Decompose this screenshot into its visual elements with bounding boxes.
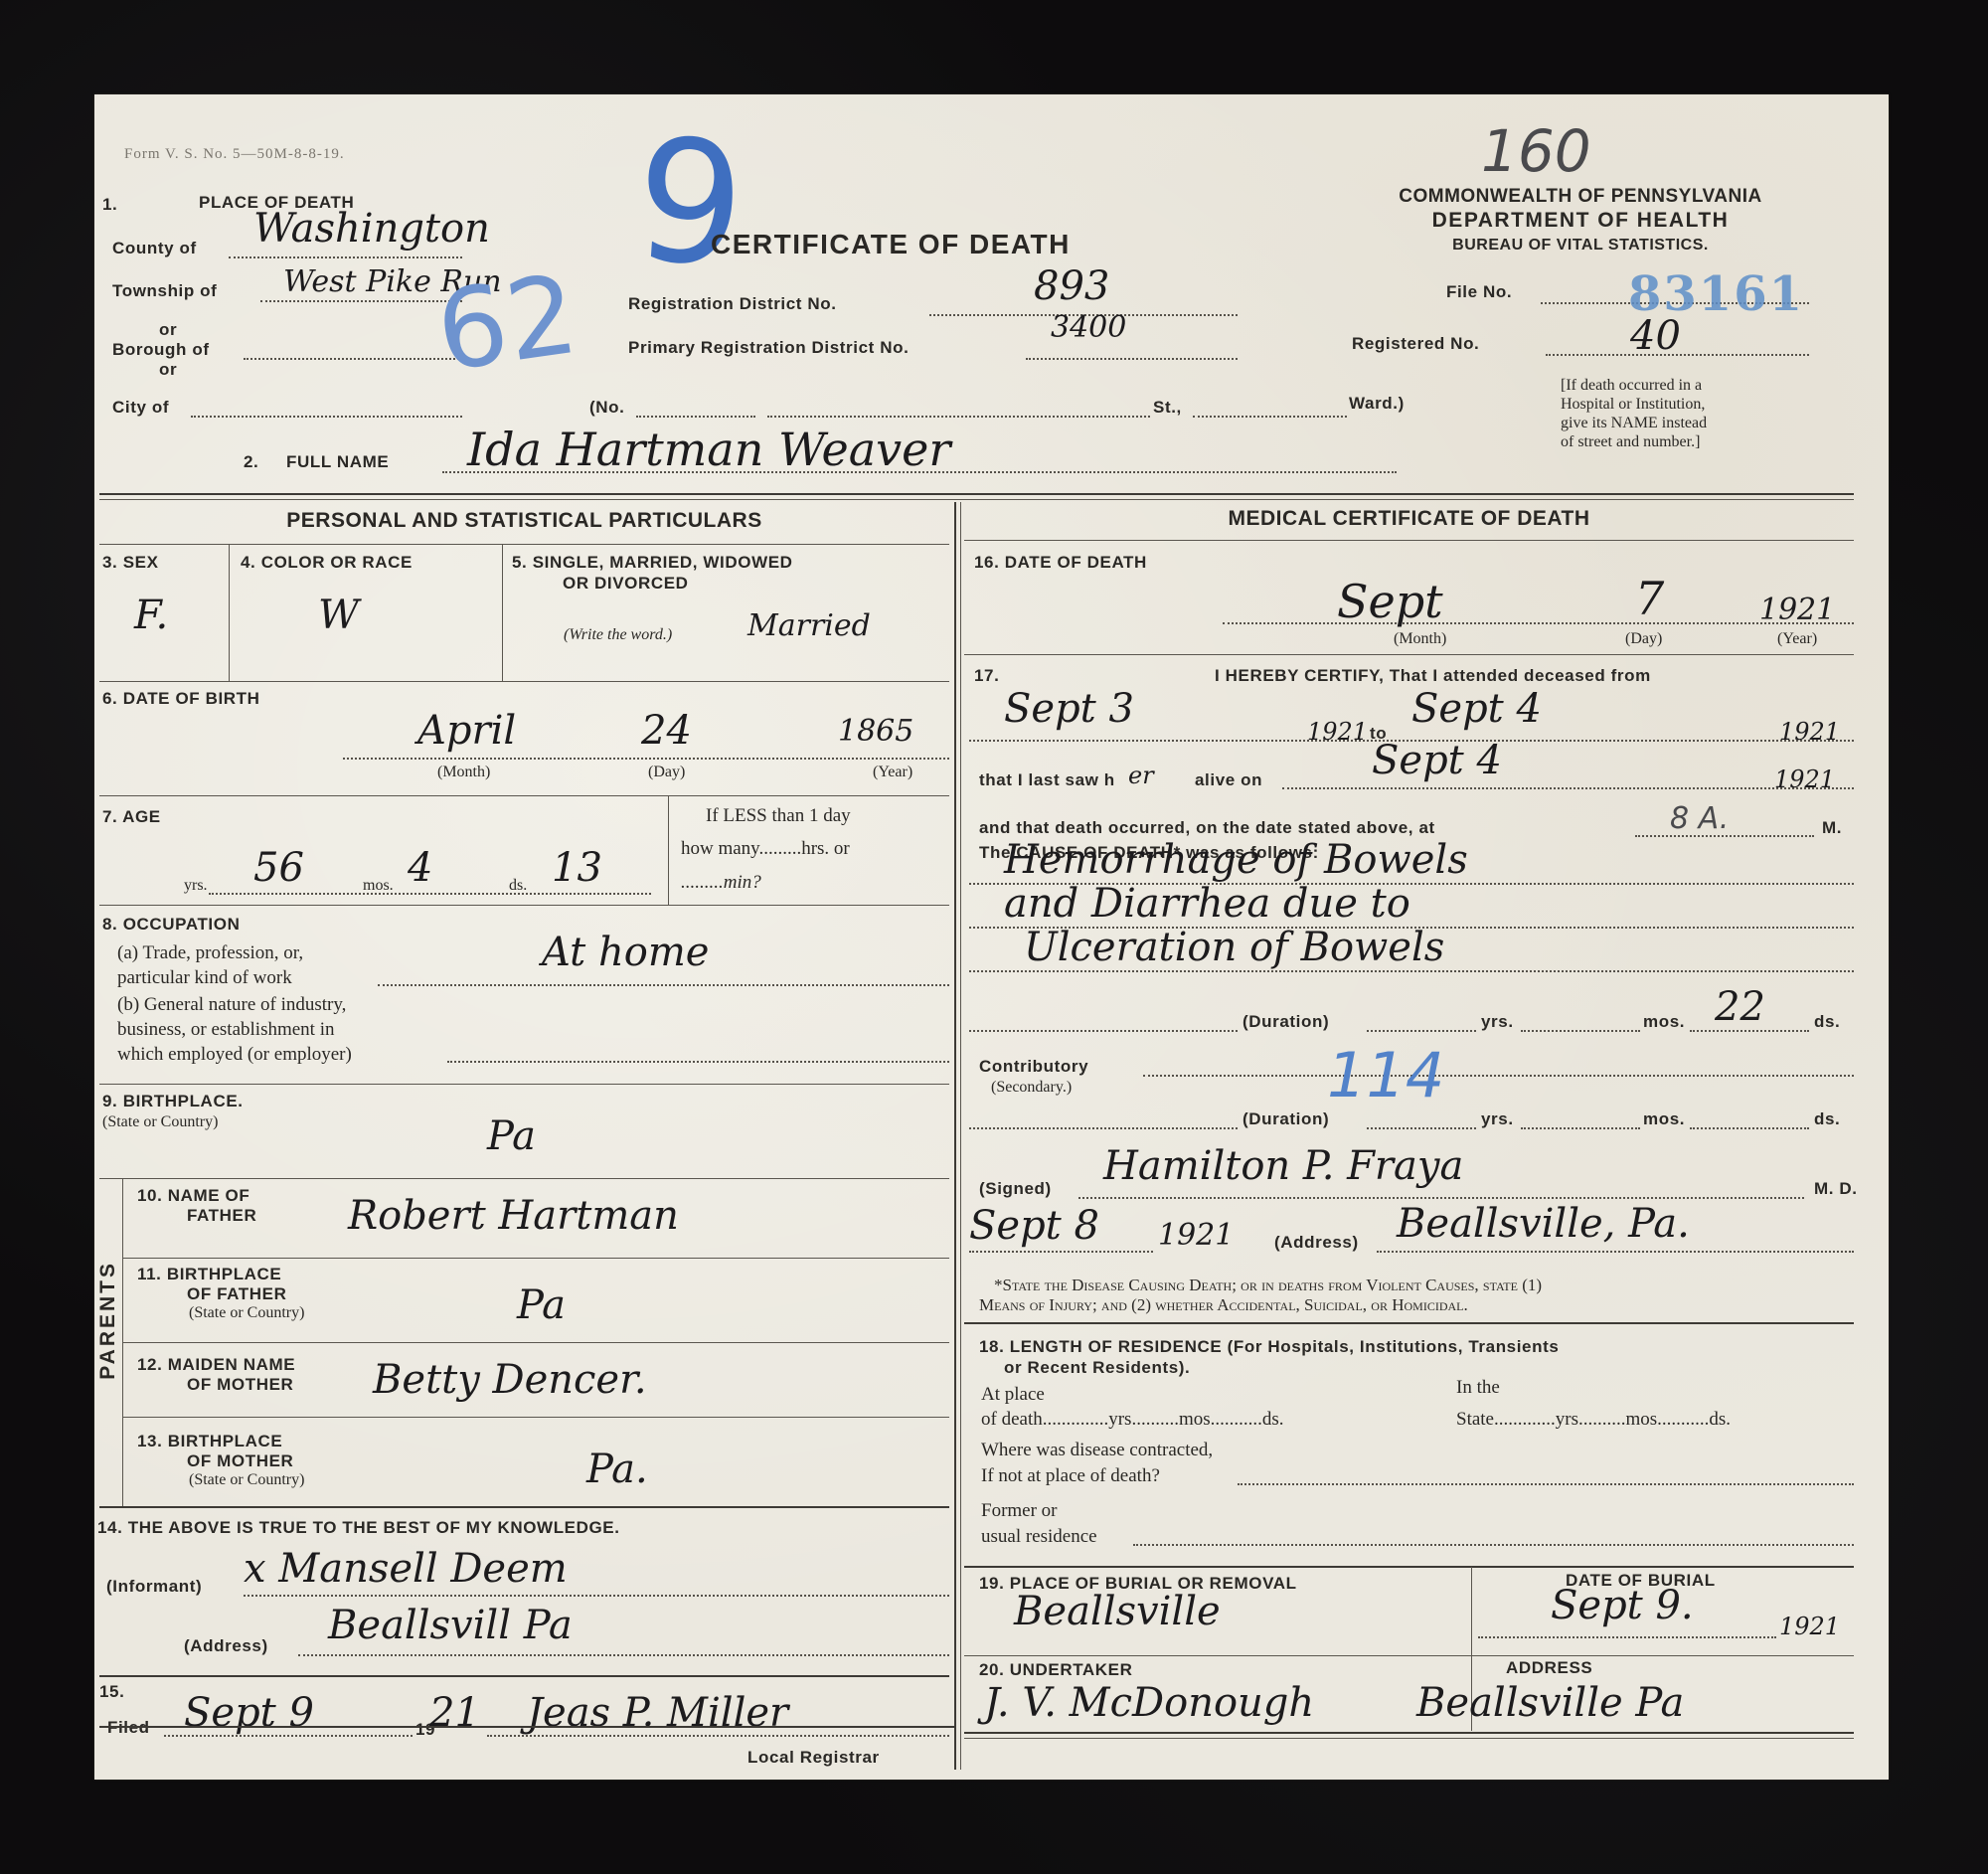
primary-registration-district-label: Primary Registration District No. <box>628 338 909 358</box>
occupation-b-line-3: which employed (or employer) <box>117 1044 352 1066</box>
local-registrar-label: Local Registrar <box>747 1748 880 1768</box>
date-of-birth-label: 6. DATE OF BIRTH <box>102 689 260 709</box>
duration-label: (Duration) <box>1242 1109 1329 1129</box>
day-caption: (Day) <box>648 764 685 781</box>
occupation-value[interactable]: At home <box>542 930 709 975</box>
sex-value[interactable]: F. <box>134 593 168 638</box>
mother-birthplace-label: 13. BIRTHPLACE <box>137 1432 282 1451</box>
rule <box>122 1258 949 1259</box>
date-of-death-label: 16. DATE OF DEATH <box>974 553 1147 573</box>
father-name-label: 10. NAME OF <box>137 1186 249 1206</box>
signed-date-field-line <box>969 1251 1153 1253</box>
attended-to-date[interactable]: Sept 4 <box>1411 686 1542 732</box>
marital-status-label-2: OR DIVORCED <box>563 574 689 594</box>
date-of-death-day[interactable]: 7 <box>1635 572 1664 625</box>
month-caption: (Month) <box>437 764 490 781</box>
attended-from-date[interactable]: Sept 3 <box>1004 686 1134 732</box>
full-name-value[interactable]: Ida Hartman Weaver <box>467 423 950 476</box>
informant-label: (Informant) <box>106 1577 202 1597</box>
rule <box>122 1342 949 1343</box>
mother-birthplace-value[interactable]: Pa. <box>586 1447 648 1492</box>
age-days-value[interactable]: 13 <box>552 845 602 891</box>
filed-year-value[interactable]: 21 <box>429 1690 480 1736</box>
former-residence-label-2: usual residence <box>981 1526 1097 1548</box>
last-saw-date[interactable]: Sept 4 <box>1372 738 1502 783</box>
county-label: County of <box>112 239 197 258</box>
md-label: M. D. <box>1814 1179 1858 1199</box>
primary-registration-district-value[interactable]: 3400 <box>1051 310 1126 345</box>
borough-label: Borough of <box>112 340 210 360</box>
footnote-line-2: Means of Injury; and (2) whether Acciden… <box>979 1295 1468 1315</box>
rule <box>964 654 1854 655</box>
less-than-day-line-1: If LESS than 1 day <box>706 805 851 827</box>
rule <box>99 1084 949 1085</box>
undertaker-label: 20. UNDERTAKER <box>979 1660 1133 1680</box>
informant-address-field-line <box>298 1654 949 1656</box>
contributory-field-line <box>1143 1075 1854 1077</box>
item-15-number: 15. <box>99 1682 124 1702</box>
signed-label: (Signed) <box>979 1179 1052 1199</box>
day-caption: (Day) <box>1625 630 1662 648</box>
filed-date-value[interactable]: Sept 9 <box>184 1690 314 1736</box>
township-label: Township of <box>112 281 217 301</box>
hospital-note-line: Hospital or Institution, <box>1561 395 1707 414</box>
marital-status-value[interactable]: Married <box>747 608 871 643</box>
disease-contracted-field-line <box>1238 1483 1854 1485</box>
agency-commonwealth: COMMONWEALTH OF PENNSYLVANIA <box>1337 186 1824 208</box>
occupation-label: 8. OCCUPATION <box>102 915 240 935</box>
burial-place-value[interactable]: Beallsville <box>1014 1589 1221 1634</box>
month-caption: (Month) <box>1394 630 1446 648</box>
undertaker-address-value[interactable]: Beallsville Pa <box>1416 1680 1684 1726</box>
age-field-line <box>209 893 651 895</box>
date-of-death-month[interactable]: Sept <box>1337 575 1443 628</box>
duration-months-field-line <box>1521 1127 1640 1129</box>
undertaker-address-label: ADDRESS <box>1506 1658 1592 1678</box>
undertaker-value[interactable]: J. V. McDonough <box>984 1680 1314 1726</box>
physician-signature[interactable]: Hamilton P. Fraya <box>1103 1143 1463 1189</box>
township-field-line <box>260 300 462 302</box>
medical-section-title: MEDICAL CERTIFICATE OF DEATH <box>964 507 1854 531</box>
father-birthplace-label: 11. BIRTHPLACE <box>137 1265 281 1284</box>
rule <box>99 681 949 682</box>
informant-field-line <box>244 1595 949 1597</box>
cause-of-death-line[interactable]: Ulceration of Bowels <box>1024 925 1444 970</box>
full-name-label: FULL NAME <box>286 452 389 472</box>
item-1-number: 1. <box>102 195 117 215</box>
death-time-value[interactable]: 8 A. <box>1670 801 1729 836</box>
year-caption: (Year) <box>1777 630 1817 648</box>
signed-date-value[interactable]: Sept 8 <box>969 1203 1099 1249</box>
hospital-note-line: of street and number.] <box>1561 432 1707 451</box>
city-label: City of <box>112 398 169 418</box>
birthplace-value[interactable]: Pa <box>487 1113 536 1159</box>
street-no-label: (No. <box>589 398 624 418</box>
certificate-title: CERTIFICATE OF DEATH <box>711 229 1071 260</box>
occupation-b-line-1: (b) General nature of industry, <box>117 994 346 1016</box>
agency-bureau: BUREAU OF VITAL STATISTICS. <box>1337 237 1824 255</box>
cause-of-death-line[interactable]: and Diarrhea due to <box>1004 881 1410 927</box>
residence-label-2: or Recent Residents). <box>1004 1358 1190 1378</box>
secondary-label: (Secondary.) <box>991 1079 1072 1097</box>
rule <box>668 795 669 905</box>
burial-date-field-line <box>1478 1636 1776 1638</box>
item-2-number: 2. <box>244 452 258 472</box>
registered-number-value[interactable]: 40 <box>1630 313 1681 359</box>
duration-months-label: mos. <box>1643 1109 1685 1129</box>
registered-number-label: Registered No. <box>1352 334 1479 354</box>
duration-field-line <box>969 1030 1238 1032</box>
date-of-birth-year[interactable]: 1865 <box>838 714 913 749</box>
rule <box>99 1506 949 1508</box>
city-field-line <box>191 416 462 418</box>
burial-year-value[interactable]: 1921 <box>1779 1613 1840 1640</box>
burial-date-value[interactable]: Sept 9. <box>1551 1583 1694 1628</box>
rule <box>964 1566 1854 1568</box>
informant-value[interactable]: x Mansell Deem <box>244 1546 568 1592</box>
knowledge-statement: 14. THE ABOVE IS TRUE TO THE BEST OF MY … <box>97 1518 620 1538</box>
occupation-a-line-1: (a) Trade, profession, or, <box>117 942 303 964</box>
rule <box>964 1732 1854 1734</box>
pencil-annotation: 160 <box>1481 117 1591 185</box>
duration-days-label: ds. <box>1814 1109 1840 1129</box>
last-saw-field-line <box>1282 787 1854 789</box>
duration-years-label: yrs. <box>1481 1012 1514 1032</box>
rule <box>99 544 949 545</box>
rule <box>964 1322 1854 1324</box>
form-number: Form V. S. No. 5—50M-8-8-19. <box>124 146 345 163</box>
former-residence-field-line <box>1133 1544 1854 1546</box>
street-no-field-line <box>636 416 755 418</box>
duration-label: (Duration) <box>1242 1012 1329 1032</box>
at-place-fields: of death..............yrs..........mos..… <box>981 1409 1284 1431</box>
personal-section-title: PERSONAL AND STATISTICAL PARTICULARS <box>99 509 949 533</box>
date-of-death-year-suffix[interactable]: 21 <box>1797 593 1835 627</box>
informant-address-value[interactable]: Beallsvill Pa <box>328 1603 573 1648</box>
informant-address-label: (Address) <box>184 1636 268 1656</box>
date-of-birth-field-line <box>343 758 949 760</box>
rule <box>99 905 949 906</box>
borough-field-line <box>244 358 462 360</box>
death-time-suffix: M. <box>1822 818 1842 838</box>
physician-address-value[interactable]: Beallsville, Pa. <box>1397 1201 1690 1247</box>
age-days-label: ds. <box>509 877 527 895</box>
crayon-annotation-62: 62 <box>430 259 583 387</box>
duration-days-field-line <box>1690 1127 1809 1129</box>
registration-district-label: Registration District No. <box>628 294 837 314</box>
color-race-value[interactable]: W <box>318 593 359 638</box>
signed-year-value[interactable]: 1921 <box>1158 1218 1234 1253</box>
cause-field-line <box>969 970 1854 972</box>
at-place-label: At place <box>981 1384 1045 1406</box>
death-time-label: and that death occurred, on the date sta… <box>979 818 1435 838</box>
former-residence-label: Former or <box>981 1500 1058 1522</box>
age-months-label: mos. <box>363 877 394 895</box>
column-divider-inner <box>960 502 961 1770</box>
hospital-note: [If death occurred in a Hospital or Inst… <box>1561 376 1707 451</box>
marital-status-label: 5. SINGLE, MARRIED, WIDOWED <box>512 553 793 573</box>
duration-years-field-line <box>1367 1030 1476 1032</box>
filed-label: Filed <box>107 1718 150 1738</box>
duration-days-value[interactable]: 22 <box>1715 984 1765 1030</box>
attended-from-year[interactable]: 1921 <box>1307 718 1368 746</box>
rule <box>99 1178 949 1179</box>
date-of-birth-month[interactable]: April <box>417 708 516 754</box>
rule <box>502 545 503 681</box>
file-number-label: File No. <box>1446 282 1512 302</box>
rule <box>964 540 1854 541</box>
mother-birthplace-hint: (State or Country) <box>189 1471 304 1489</box>
duration-months-label: mos. <box>1643 1012 1685 1032</box>
street-label: St., <box>1153 398 1182 418</box>
header-divider <box>99 493 1854 495</box>
rule <box>99 1726 954 1728</box>
mother-birthplace-label-2: OF MOTHER <box>187 1451 293 1471</box>
residence-label: 18. LENGTH OF RESIDENCE (For Hospitals, … <box>979 1337 1559 1357</box>
father-birthplace-value[interactable]: Pa <box>517 1282 566 1328</box>
rule <box>122 1417 949 1418</box>
county-value[interactable]: Washington <box>253 206 490 252</box>
signature-field-line <box>1078 1197 1804 1199</box>
duration-days-field-line <box>1690 1030 1809 1032</box>
date-of-birth-day[interactable]: 24 <box>641 708 692 754</box>
rule <box>99 1675 949 1677</box>
street-field-line <box>767 416 1150 418</box>
registration-district-value[interactable]: 893 <box>1034 263 1109 309</box>
certify-statement: I HEREBY CERTIFY, That I attended deceas… <box>1215 666 1651 686</box>
ward-label: Ward.) <box>1349 394 1405 414</box>
hospital-note-line: [If death occurred in a <box>1561 376 1707 395</box>
less-than-day-line-2: how many.........hrs. or <box>681 838 850 860</box>
attended-to-year[interactable]: 1921 <box>1779 718 1840 746</box>
physician-address-field-line <box>1377 1251 1854 1253</box>
parents-label: PARENTS <box>96 1261 120 1380</box>
rule <box>99 795 949 796</box>
mother-name-label: 12. MAIDEN NAME <box>137 1355 295 1375</box>
header-divider-inner <box>99 499 1854 500</box>
father-birthplace-hint: (State or Country) <box>189 1304 304 1322</box>
age-label: 7. AGE <box>102 807 161 827</box>
duration-years-label: yrs. <box>1481 1109 1514 1129</box>
less-than-day-line-3: .........min? <box>681 872 761 894</box>
footnote-line-1: *State the Disease Causing Death; or in … <box>994 1276 1542 1295</box>
ward-field-line <box>1193 416 1347 418</box>
item-17-number: 17. <box>974 666 999 686</box>
or-label-2: or <box>159 360 177 380</box>
rule <box>229 545 230 681</box>
age-years-value[interactable]: 56 <box>253 845 304 891</box>
or-label-1: or <box>159 320 177 340</box>
duration-days-label: ds. <box>1814 1012 1840 1032</box>
registrar-signature[interactable]: Jeas P. Miller <box>527 1690 788 1736</box>
secondary-code-annotation: 114 <box>1327 1039 1444 1111</box>
primary-registration-district-field-line <box>1026 358 1238 360</box>
mother-name-label-2: OF MOTHER <box>187 1375 293 1395</box>
father-name-label-2: FATHER <box>187 1206 256 1226</box>
date-of-death-year[interactable]: 19 <box>1759 593 1797 627</box>
alive-on-label: alive on <box>1195 770 1262 790</box>
disease-contracted-label-2: If not at place of death? <box>981 1465 1160 1487</box>
duration-months-field-line <box>1521 1030 1640 1032</box>
last-saw-label: that I last saw h <box>979 770 1115 790</box>
county-field-line <box>229 256 462 258</box>
rule <box>964 1655 1854 1656</box>
year-caption: (Year) <box>873 764 912 781</box>
cause-of-death-line[interactable]: Hemorrhage of Bowels <box>1004 837 1468 883</box>
occupation-b-field-line <box>447 1061 949 1063</box>
last-saw-pronoun[interactable]: er <box>1128 762 1154 789</box>
age-years-label: yrs. <box>184 877 208 895</box>
hospital-note-line: give its NAME instead <box>1561 414 1707 432</box>
sex-label: 3. SEX <box>102 553 159 573</box>
marital-status-hint: (Write the word.) <box>564 626 672 644</box>
father-name-value[interactable]: Robert Hartman <box>348 1193 679 1239</box>
color-race-label: 4. COLOR OR RACE <box>241 553 413 573</box>
occupation-a-line-2: particular kind of work <box>117 967 292 989</box>
mother-name-value[interactable]: Betty Dencer. <box>373 1357 647 1403</box>
birthplace-hint: (State or Country) <box>102 1113 218 1131</box>
physician-address-label: (Address) <box>1274 1233 1359 1253</box>
in-state-label: In the <box>1456 1377 1500 1399</box>
age-months-value[interactable]: 4 <box>408 845 432 891</box>
rule <box>964 1738 1854 1739</box>
in-state-fields: State.............yrs..........mos......… <box>1456 1409 1731 1431</box>
occupation-b-line-2: business, or establishment in <box>117 1019 334 1041</box>
agency-department: DEPARTMENT OF HEALTH <box>1337 209 1824 233</box>
duration-years-field-line <box>1367 1127 1476 1129</box>
crayon-annotation-9: 9 <box>630 115 749 291</box>
contributory-label: Contributory <box>979 1057 1088 1077</box>
occupation-a-field-line <box>378 984 949 986</box>
column-divider <box>954 502 956 1770</box>
last-saw-year[interactable]: 1921 <box>1774 766 1835 793</box>
father-birthplace-label-2: OF FATHER <box>187 1284 286 1304</box>
birthplace-label: 9. BIRTHPLACE. <box>102 1092 244 1111</box>
disease-contracted-label: Where was disease contracted, <box>981 1440 1213 1461</box>
contributory-duration-field-line <box>969 1127 1238 1129</box>
